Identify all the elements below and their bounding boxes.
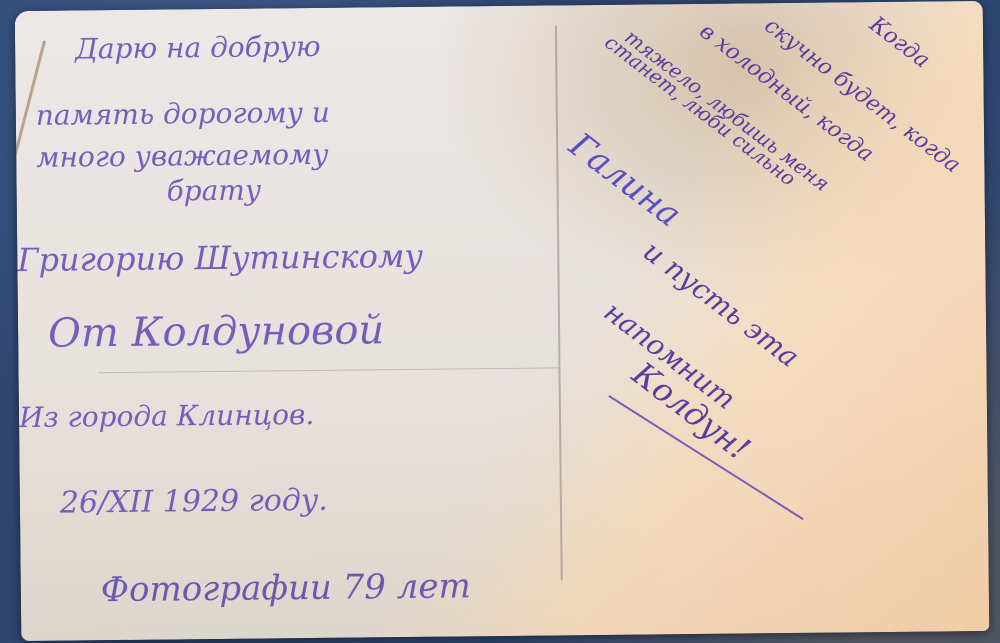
handwriting-photo-age: Фотографии 79 лет (101, 566, 471, 610)
handwriting-line: Дарю на добрую (75, 30, 321, 66)
handwriting-line: брату (166, 174, 261, 208)
postcard-divider-line (555, 25, 563, 580)
handwriting-recipient: Григорию Шутинскому (17, 237, 423, 279)
address-line (99, 367, 559, 373)
right-message-area: Когда скучно будет, когда в холодный, ко… (575, 1, 990, 625)
handwriting-city: Из города Клинцов. (19, 398, 315, 434)
handwriting-sender: От Колдуновой (48, 307, 385, 357)
paper-crack (15, 40, 46, 234)
postcard: Дарю на добрую память дорогому и много у… (15, 1, 990, 641)
handwriting-line: память дорогому и (36, 96, 330, 132)
handwriting-line: Когда (865, 12, 935, 73)
handwriting-name: Галина (562, 125, 689, 235)
handwriting-line: много уважаемому (36, 138, 329, 174)
handwriting-date: 26/XII 1929 году. (60, 483, 328, 521)
